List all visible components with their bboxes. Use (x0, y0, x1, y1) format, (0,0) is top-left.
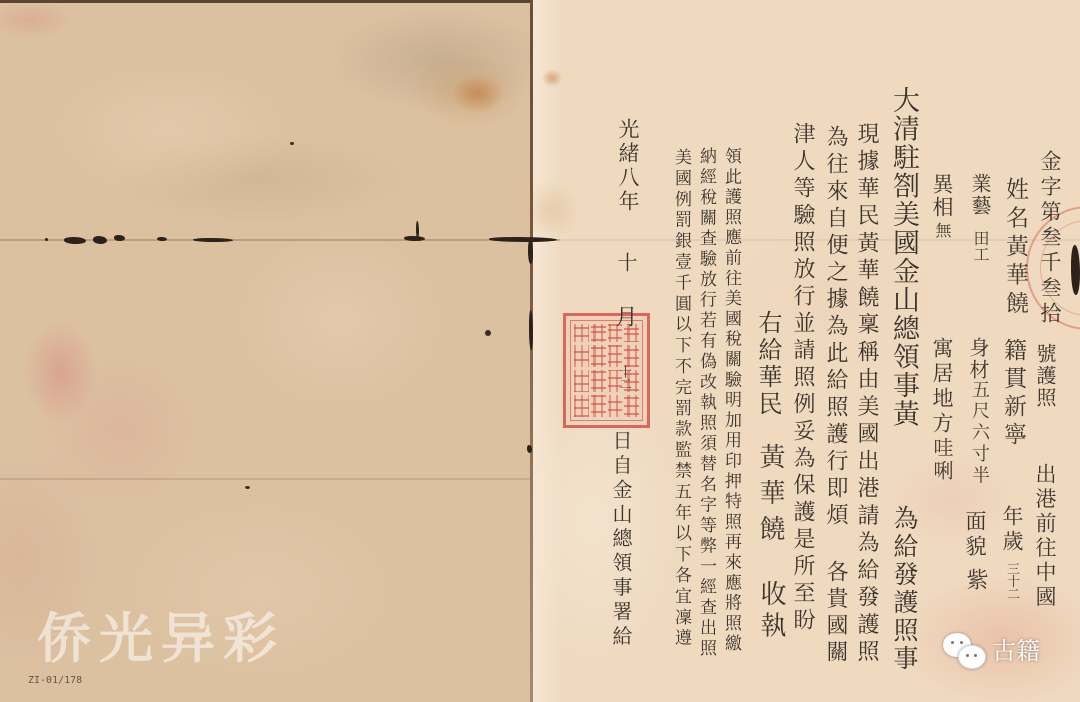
tear-mark (93, 236, 107, 244)
speck (245, 486, 250, 489)
marks-label: 異相 (931, 173, 952, 219)
occupation-label: 業藝 (970, 173, 990, 217)
native-place-label: 籍貫 (1000, 338, 1026, 394)
document-purpose: 為給發護照事 (892, 505, 917, 673)
recipient-suffix: 收執 (758, 580, 784, 643)
native-place-field: 籍貫新寧 (1001, 338, 1024, 450)
recipient-prefix: 右給華民 (756, 310, 780, 418)
catalog-number: ZI-01/178 (28, 675, 82, 686)
residence-value: 哇唎 (932, 437, 952, 483)
issuer-title: 大清駐劄美國金山總領事黃 (890, 86, 917, 428)
tear-mark (45, 238, 48, 241)
tear-mark (416, 221, 419, 239)
notice-line-1: 領此護照應前往美國稅關驗明加用印押特照再來應將照繳 (722, 147, 739, 655)
watermark-text: 侨光异彩 (37, 612, 285, 666)
tear-mark (404, 236, 425, 241)
native-place-value: 新寧 (1000, 394, 1026, 450)
speck (290, 142, 294, 145)
seal-column (574, 324, 589, 417)
body-line-3: 津人等驗照放行並請照例妥為保護是所至盼 (791, 122, 813, 635)
tear-mark (114, 235, 125, 241)
name-field: 姓名黃華饒 (1003, 177, 1026, 320)
tear-mark (64, 237, 86, 244)
height-label: 身材 (968, 337, 988, 381)
date-issued-by: 日自金山總領事署給 (611, 430, 631, 650)
body-line-1: 現據華民黃華饒稟稱由美國出港請為給發護照 (855, 122, 877, 667)
wechat-bubble-small (958, 645, 986, 669)
passport-label: 號護照 (1035, 343, 1055, 409)
left-page (0, 0, 532, 702)
date-month-number: 十 (616, 252, 636, 272)
body-line-2-continued: 各貴國關 (824, 560, 846, 667)
departure-destination: 出港前往中國 (1034, 463, 1055, 610)
vertical-fold-line (530, 0, 533, 702)
marks-value: 無 (934, 222, 950, 238)
document-scan: 金字第叁千叁拾 號護照 出港前往中國 姓名黃華饒 籍貫新寧 年歲 三十二 業藝 … (0, 0, 1080, 702)
complexion-value: 紫 (964, 568, 986, 590)
source-watermark: 古籍 (940, 630, 1060, 674)
body-line-2: 為往來自便之據為此給照護行即煩 (824, 125, 846, 530)
seal-column (591, 324, 606, 417)
passport-number: 金字第叁千叁拾 (1039, 150, 1060, 327)
tear-mark (157, 237, 167, 241)
notice-line-3: 美國例罰銀壹千圓以下不完罰款監禁五年以下各宜凜遵 (672, 148, 689, 650)
official-seal-stamp (563, 313, 650, 428)
tear-mark (489, 237, 557, 242)
date-era-year: 光緒八年 (617, 118, 638, 214)
tear-mark (527, 445, 532, 453)
age-label: 年歲 (1001, 505, 1022, 555)
date-day-number: 十二 (617, 365, 630, 389)
height-value: 五尺六寸半 (970, 380, 988, 487)
source-label: 古籍 (992, 639, 1040, 663)
speck (485, 330, 491, 336)
lower-fold-line (0, 478, 532, 480)
age-value: 三十二 (1005, 562, 1018, 600)
notice-line-2: 納經稅關查驗放行若有偽改執照須替名字等弊一經查出照 (697, 147, 714, 660)
occupation-value: 田工 (972, 230, 988, 262)
date-month-label: 月 (613, 305, 635, 327)
residence-label: 寓居地方 (931, 337, 952, 437)
top-edge (0, 0, 532, 3)
name-value: 黃華饒 (1002, 234, 1028, 320)
seal-script-pattern (570, 320, 643, 421)
recipient-name: 黃華饒 (757, 443, 783, 551)
tear-mark (528, 240, 533, 264)
complexion-label: 面貌 (964, 510, 985, 560)
name-label: 姓名 (1002, 177, 1028, 234)
tear-mark (193, 238, 233, 242)
